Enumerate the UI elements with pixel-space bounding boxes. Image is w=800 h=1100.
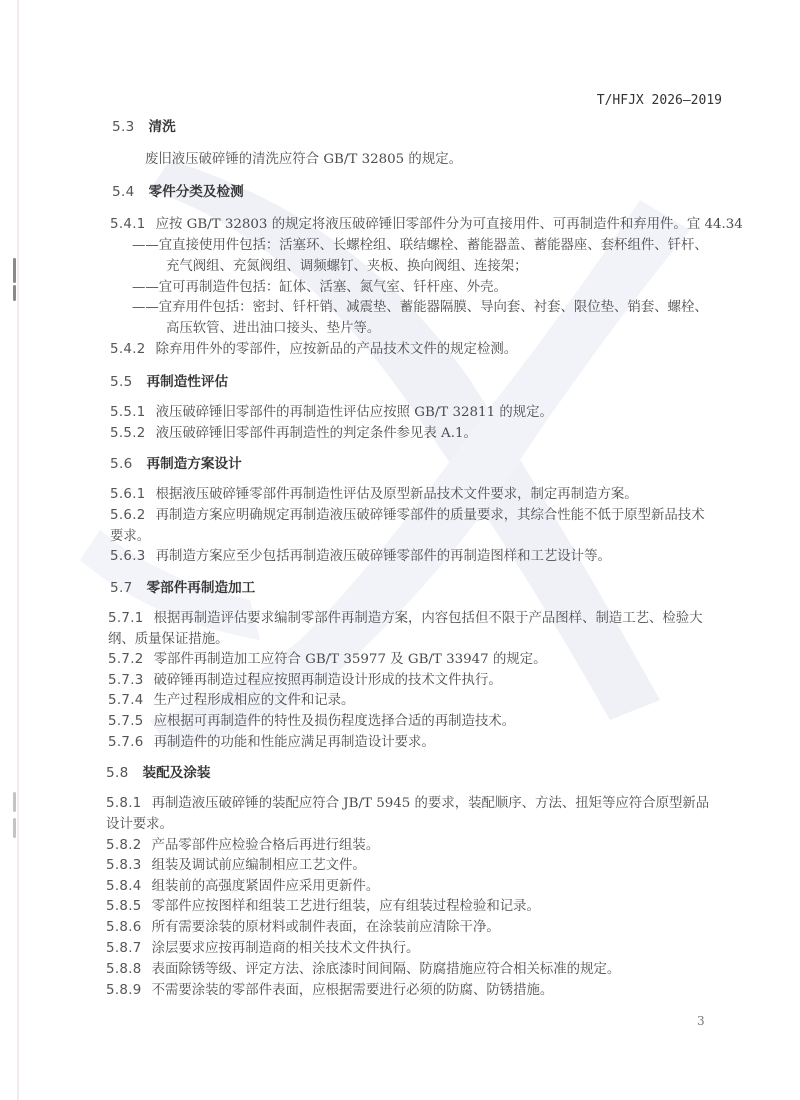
clause-5-6-2: 5.6.2再制造方案应明确规定再制造液压破碎锤零部件的质量要求，其综合性能不低于… bbox=[110, 507, 705, 525]
clause-5-6-3: 5.6.3再制造方案应至少包括再制造液压破碎锤零部件的再制造图样和工艺设计等。 bbox=[110, 548, 611, 566]
clause-5-8-7: 5.8.7涂层要求应按再制造商的相关技术文件执行。 bbox=[106, 940, 419, 958]
page-number: 3 bbox=[697, 1014, 705, 1028]
clause-5-7-4: 5.7.4生产过程形成相应的文件和记录。 bbox=[108, 692, 354, 710]
list-item-direct-use-2: 充气阀组、充氮阀组、调频螺钉、夹板、换向阀组、连接架； bbox=[166, 258, 528, 276]
paragraph-5-3: 废旧液压破碎锤的清洗应符合 GB/T 32805 的规定。 bbox=[145, 151, 462, 169]
clause-5-8-1-cont: 设计要求。 bbox=[106, 816, 173, 834]
section-heading-5-8: 5.8装配及涂装 bbox=[106, 764, 211, 782]
clause-5-8-9: 5.8.9不需要涂装的零部件表面，应根据需要进行必须的防腐、防锈措施。 bbox=[106, 982, 553, 1000]
clause-5-7-5: 5.7.5应根据可再制造件的特性及损伤程度选择合适的再制造技术。 bbox=[108, 713, 515, 731]
document-code: T/HFJX 2026—2019 bbox=[597, 93, 722, 108]
clause-5-5-1: 5.5.1液压破碎锤旧零部件的再制造性评估应按照 GB/T 32811 的规定。 bbox=[110, 404, 553, 422]
section-heading-5-7: 5.7零部件再制造加工 bbox=[110, 579, 255, 597]
list-item-discard-2: 高压软管、进出油口接头、垫片等。 bbox=[166, 320, 380, 338]
clause-5-8-1: 5.8.1再制造液压破碎锤的装配应符合 JB/T 5945 的要求，装配顺序、方… bbox=[106, 795, 709, 813]
section-heading-5-4: 5.4零件分类及检测 bbox=[112, 183, 244, 201]
clause-5-7-3: 5.7.3破碎锤再制造过程应按照再制造设计形成的技术文件执行。 bbox=[108, 672, 502, 690]
clause-5-8-3: 5.8.3组装及调试前应编制相应工艺文件。 bbox=[106, 857, 366, 875]
clause-5-8-2: 5.8.2产品零部件应检验合格后再进行组装。 bbox=[106, 837, 379, 855]
clause-5-4-1: 5.4.1应按 GB/T 32803 的规定将液压破碎锤旧零部件分为可直接用件、… bbox=[110, 216, 743, 234]
clause-5-7-6: 5.7.6再制造件的功能和性能应满足再制造设计要求。 bbox=[108, 734, 435, 752]
clause-5-8-8: 5.8.8表面除锈等级、评定方法、涂底漆时间间隔、防腐措施应符合相关标准的规定。 bbox=[106, 961, 620, 979]
binder-mark bbox=[13, 258, 16, 283]
clause-5-8-4: 5.8.4组装前的高强度紧固件应采用更新件。 bbox=[106, 878, 379, 896]
clause-5-6-1: 5.6.1根据液压破碎锤零部件再制造性评估及原型新品技术文件要求，制定再制造方案… bbox=[110, 486, 638, 504]
binder-mark bbox=[13, 818, 16, 838]
binder-mark bbox=[13, 792, 16, 812]
clause-5-5-2: 5.5.2液压破碎锤旧零部件再制造性的判定条件参见表 A.1。 bbox=[110, 425, 477, 443]
scan-edge-line bbox=[17, 0, 19, 1100]
clause-5-7-1-cont: 纲、质量保证措施。 bbox=[108, 631, 229, 649]
clause-5-7-2: 5.7.2零部件再制造加工应符合 GB/T 35977 及 GB/T 33947… bbox=[108, 651, 547, 669]
clause-5-8-6: 5.8.6所有需要涂装的原材料或制件表面，在涂装前应清除干净。 bbox=[106, 919, 500, 937]
clause-5-6-2-cont: 要求。 bbox=[110, 528, 150, 546]
clause-5-8-5: 5.8.5零部件应按图样和组装工艺进行组装，应有组装过程检验和记录。 bbox=[106, 898, 540, 916]
binder-mark bbox=[13, 285, 16, 301]
section-heading-5-5: 5.5再制造性评估 bbox=[110, 373, 228, 391]
section-heading-5-6: 5.6再制造方案设计 bbox=[110, 455, 242, 473]
list-item-direct-use-1: ——宜直接使用件包括：活塞环、长螺栓组、联结螺栓、蓄能器盖、蓄能器座、套杯组件、… bbox=[132, 237, 708, 255]
clause-5-4-2: 5.4.2除弃用件外的零部件，应按新品的产品技术文件的规定检测。 bbox=[110, 341, 517, 359]
section-heading-5-3: 5.3清洗 bbox=[112, 118, 176, 136]
list-item-remanufacturable: ——宜可再制造件包括：缸体、活塞、氮气室、钎杆座、外壳。 bbox=[132, 279, 507, 297]
list-item-discard-1: ——宜弃用件包括：密封、钎杆销、减震垫、蓄能器隔膜、导向套、衬套、限位垫、销套、… bbox=[132, 299, 708, 317]
clause-5-7-1: 5.7.1根据再制造评估要求编制零部件再制造方案，内容包括但不限于产品图样、制造… bbox=[108, 610, 703, 628]
